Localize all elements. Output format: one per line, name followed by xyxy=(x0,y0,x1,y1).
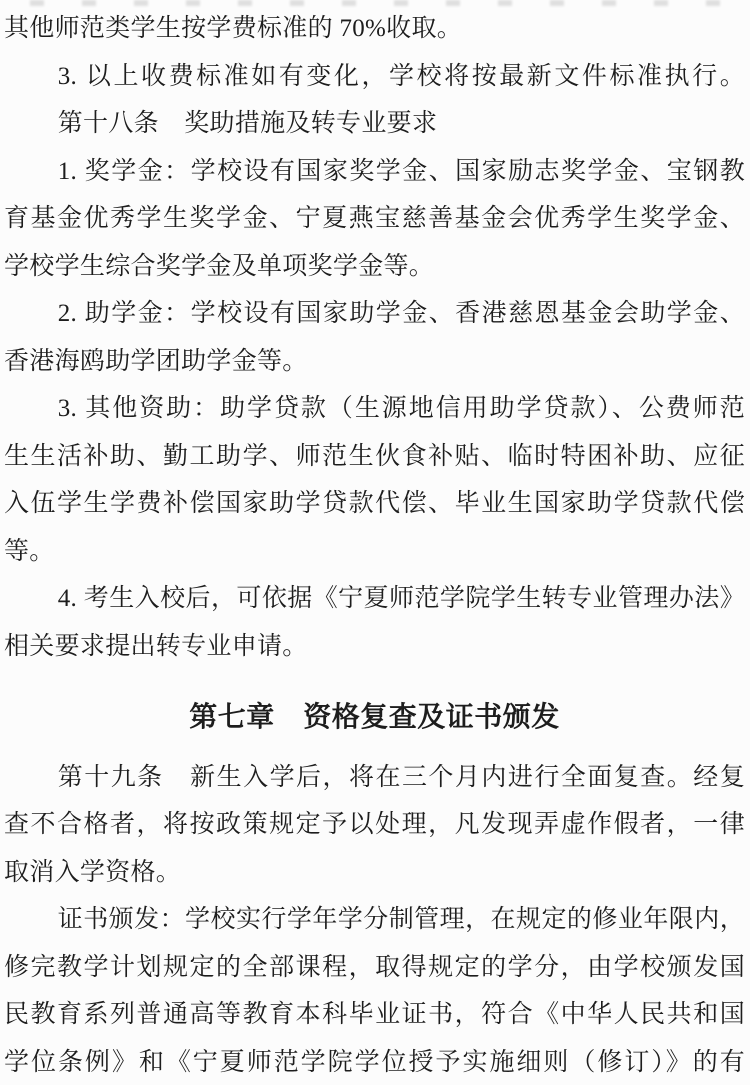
doc-line: 学位条例》和《宁夏师范学院学位授予实施细则（修订）》的有 xyxy=(4,1039,745,1085)
article-18-heading: 第十八条 奖助措施及转专业要求 xyxy=(4,100,745,148)
doc-line: 相关要求提出转专业申请。 xyxy=(4,623,745,671)
doc-line: 4. 考生入校后，可依据《宁夏师范学院学生转专业管理办法》 xyxy=(4,575,745,623)
chapter-heading: 第七章 资格复查及证书颁发 xyxy=(4,693,745,741)
doc-line: 3. 其他资助：助学贷款（生源地信用助学贷款）、公费师范 xyxy=(4,385,745,433)
article-19-line: 第十九条 新生入学后，将在三个月内进行全面复查。经复 xyxy=(4,754,745,802)
doc-line: 查不合格者，将按政策规定予以处理，凡发现弄虚作假者，一律 xyxy=(4,801,745,849)
doc-line: 入伍学生学费补偿国家助学贷款代偿、毕业生国家助学贷款代偿 xyxy=(4,480,745,528)
doc-line: 1. 奖学金：学校设有国家奖学金、国家励志奖学金、宝钢教 xyxy=(4,148,745,196)
doc-line: 证书颁发：学校实行学年学分制管理，在规定的修业年限内， xyxy=(4,896,745,944)
doc-line: 等。 xyxy=(4,528,745,576)
doc-line: 育基金优秀学生奖学金、宁夏燕宝慈善基金会优秀学生奖学金、 xyxy=(4,195,745,243)
doc-line: 修完教学计划规定的全部课程，取得规定的学分，由学校颁发国 xyxy=(4,944,745,992)
doc-line: 3. 以上收费标准如有变化，学校将按最新文件标准执行。 xyxy=(4,53,745,101)
doc-line: 学校学生综合奖学金及单项奖学金等。 xyxy=(4,243,745,291)
doc-line: 取消入学资格。 xyxy=(4,849,745,897)
doc-line: 生生活补助、勤工助学、师范生伙食补贴、临时特困补助、应征 xyxy=(4,433,745,481)
document-page: 其他师范类学生按学费标准的 70%收取。 3. 以上收费标准如有变化，学校将按最… xyxy=(0,0,750,1085)
doc-line: 2. 助学金：学校设有国家助学金、香港慈恩基金会助学金、 xyxy=(4,290,745,338)
doc-line: 其他师范类学生按学费标准的 70%收取。 xyxy=(4,5,745,53)
doc-line: 民教育系列普通高等教育本科毕业证书，符合《中华人民共和国 xyxy=(4,991,745,1039)
doc-line: 香港海鸥助学团助学金等。 xyxy=(4,338,745,386)
